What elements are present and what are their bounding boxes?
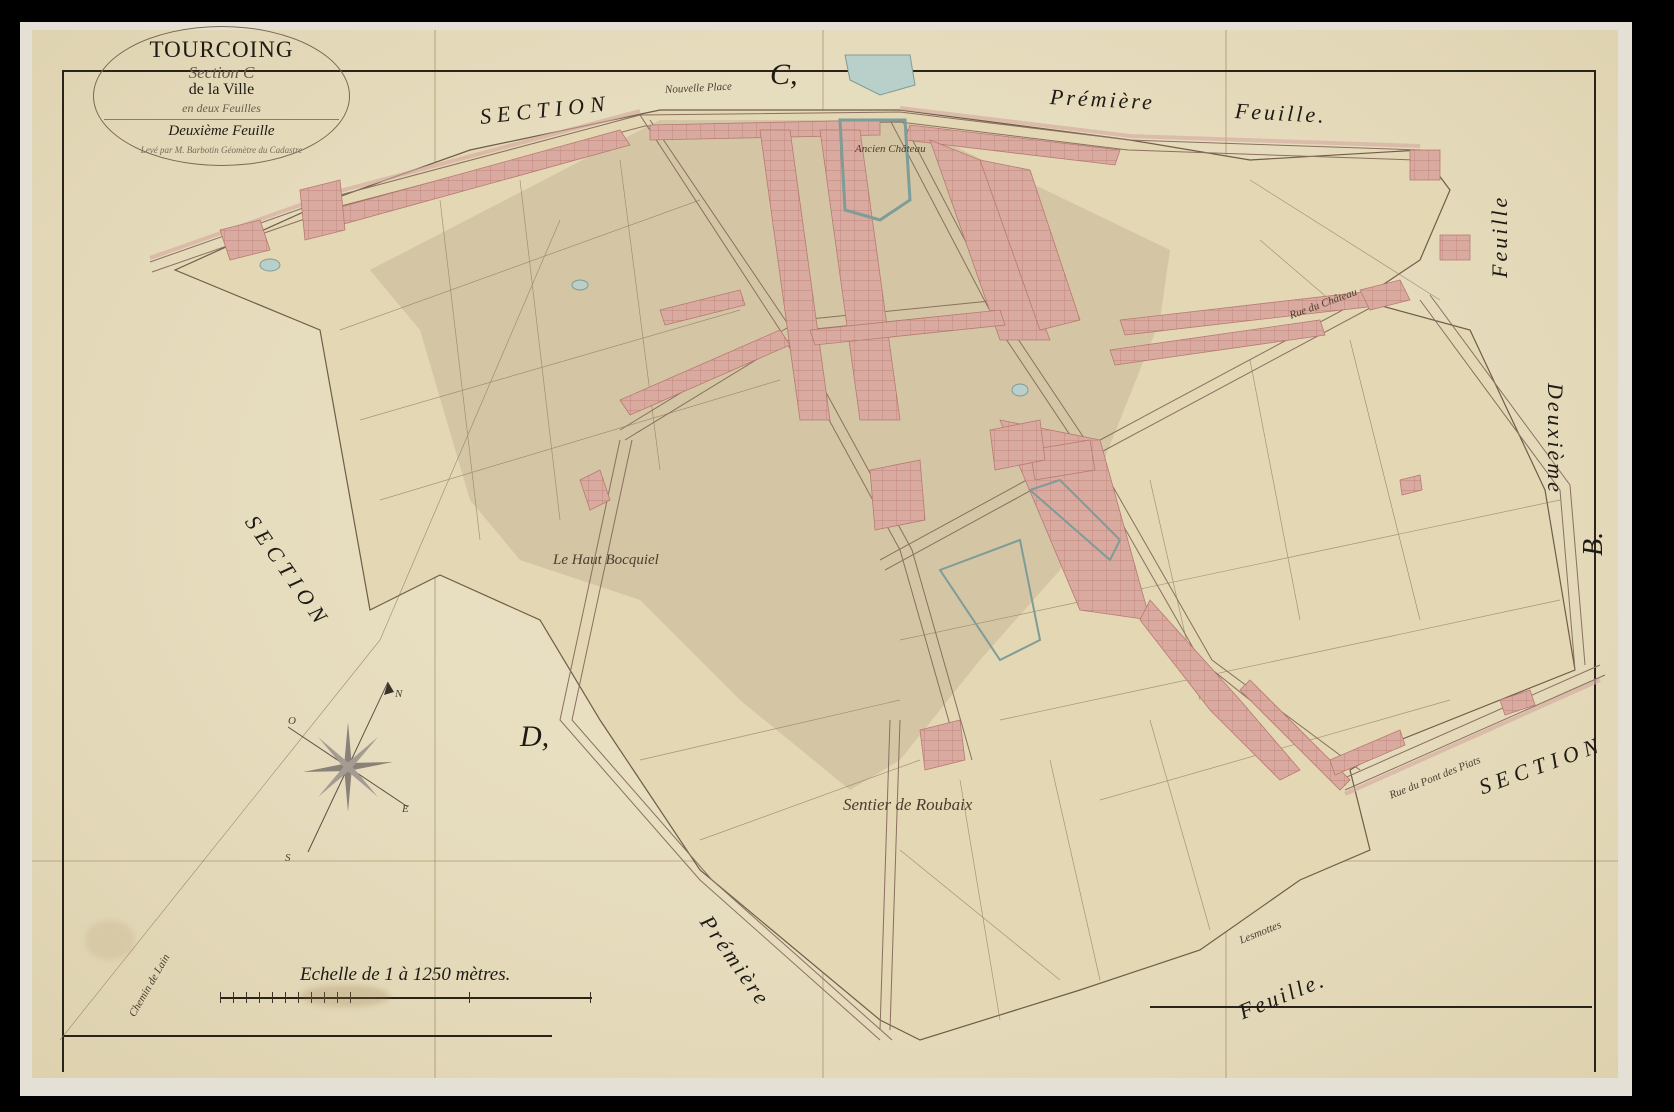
cartouche-surveyor: Levé par M. Barbotin Géomètre du Cadastr… <box>94 145 349 155</box>
premiere-label: Prémière <box>1049 84 1155 115</box>
sentier-roubaix-label: Sentier de Roubaix <box>843 795 972 815</box>
scale-bar <box>220 997 592 999</box>
deuxieme-label: Deuxième <box>1542 383 1568 495</box>
compass-n: N <box>395 688 402 700</box>
cartouche-section: Section C <box>94 63 349 83</box>
feuille-right-label: Feuille <box>1487 195 1513 278</box>
stain <box>85 920 135 960</box>
cartouche-sheet: Deuxième Feuille <box>94 123 349 140</box>
section-letter-c: C, <box>770 58 798 92</box>
stain <box>300 985 390 1007</box>
section-letter-d: D, <box>520 720 549 754</box>
map-title: TOURCOING <box>94 37 349 63</box>
cartouche: TOURCOING Section C de la Ville en deux … <box>93 26 350 166</box>
compass-e: E <box>402 803 409 815</box>
cartouche-feuilles: en deux Feuilles <box>94 101 349 116</box>
ancien-chateau-label: Ancien Château <box>855 143 926 155</box>
compass-s: S <box>285 852 291 864</box>
scale-label: Echelle de 1 à 1250 mètres. <box>300 964 510 986</box>
cadastral-map <box>0 0 1674 1112</box>
cartouche-rule <box>104 119 339 120</box>
compass-rose-icon <box>288 682 408 852</box>
section-letter-b: B. <box>1578 532 1610 556</box>
feuille-label: Feuille. <box>1234 98 1327 129</box>
compass-o: O <box>288 715 296 727</box>
cartouche-de-la-ville: de la Ville <box>94 81 349 99</box>
haut-bocquiel-label: Le Haut Bocquiel <box>553 552 659 569</box>
